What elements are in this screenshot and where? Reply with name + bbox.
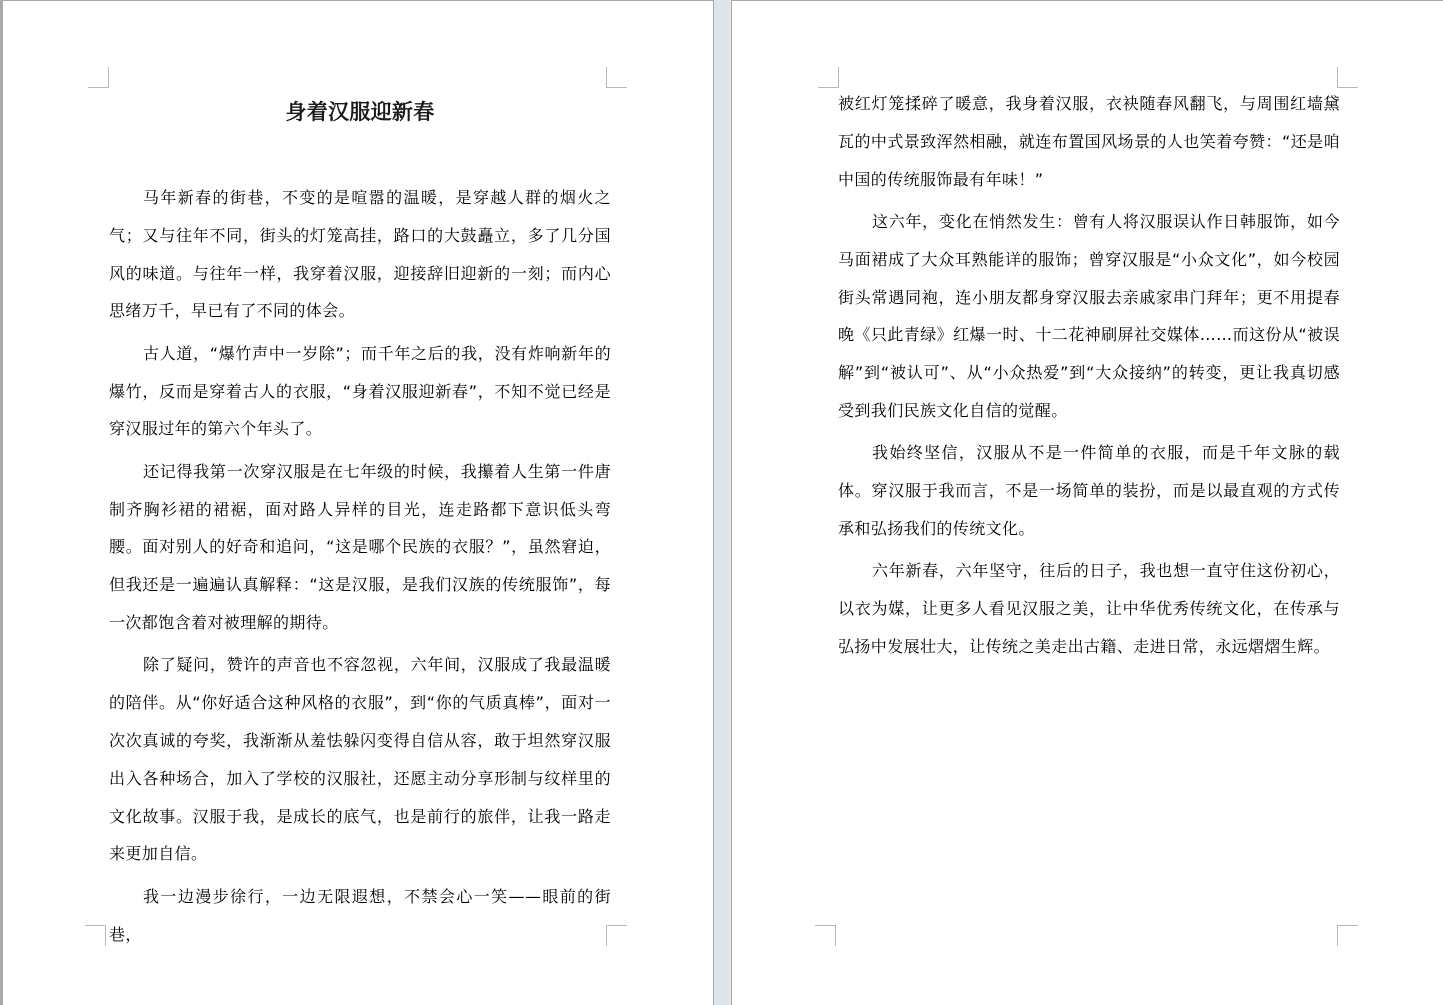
margin-corner-mark-top-left [88,67,109,88]
paragraph: 六年新春，六年坚守，往后的日子，我也想一直守住这份初心，以衣为媒，让更多人看见汉… [838,552,1340,665]
paragraph: 除了疑问，赞许的声音也不容忽视，六年间，汉服成了我最温暖的陪伴。从“你好适合这种… [109,646,611,873]
title-spacing [109,127,611,179]
paragraph: 这六年，变化在悄然发生：曾有人将汉服误认作日韩服饰，如今马面裙成了大众耳熟能详的… [838,203,1340,430]
document-viewport[interactable]: 身着汉服迎新春 马年新春的街巷，不变的是喧嚣的温暖，是穿越人群的烟火之气；又与往… [0,0,1443,1005]
margin-corner-mark-bottom-right [1337,925,1358,946]
page-2-body[interactable]: 被红灯笼揉碎了暖意，我身着汉服，衣袂随春风翻飞，与周围红墙黛瓦的中式景致浑然相融… [838,85,1340,670]
document-page-1[interactable]: 身着汉服迎新春 马年新春的街巷，不变的是喧嚣的温暖，是穿越人群的烟火之气；又与往… [0,0,714,1005]
margin-corner-mark-bottom-left [85,925,106,946]
margin-corner-mark-bottom-left [815,925,836,946]
document-title: 身着汉服迎新春 [109,97,611,127]
paragraph: 马年新春的街巷，不变的是喧嚣的温暖，是穿越人群的烟火之气；又与往年不同，街头的灯… [109,179,611,330]
page-1-body[interactable]: 身着汉服迎新春 马年新春的街巷，不变的是喧嚣的温暖，是穿越人群的烟火之气；又与往… [109,97,611,958]
document-page-2[interactable]: 被红灯笼揉碎了暖意，我身着汉服，衣袂随春风翻飞，与周围红墙黛瓦的中式景致浑然相融… [731,0,1443,1005]
paragraph: 还记得我第一次穿汉服是在七年级的时候，我攥着人生第一件唐制齐胸衫裙的裙裾，面对路… [109,453,611,642]
paragraph: 我一边漫步徐行，一边无限遐想，不禁会心一笑——眼前的街巷， [109,878,611,954]
margin-corner-mark-top-left [818,67,839,88]
paragraph: 古人道，“爆竹声中一岁除”；而千年之后的我，没有炸响新年的爆竹，反而是穿着古人的… [109,335,611,448]
margin-corner-mark-top-right [606,67,627,88]
continued-paragraph: 被红灯笼揉碎了暖意，我身着汉服，衣袂随春风翻飞，与周围红墙黛瓦的中式景致浑然相融… [838,85,1340,198]
margin-corner-mark-top-right [1337,67,1358,88]
paragraph: 我始终坚信，汉服从不是一件简单的衣服，而是千年文脉的载体。穿汉服于我而言，不是一… [838,434,1340,547]
